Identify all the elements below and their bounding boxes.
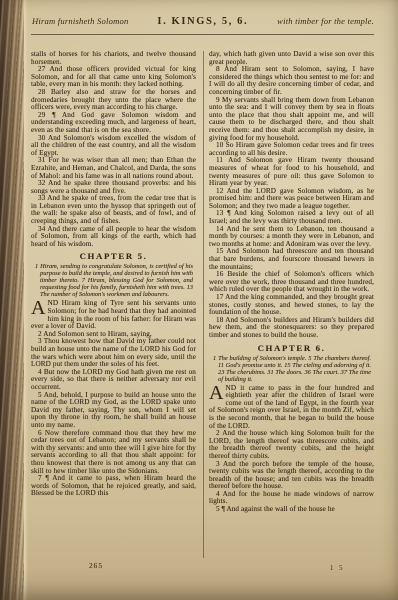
verse-paragraph: 4 But now the LORD my God hath given me … — [31, 369, 196, 392]
chapter-summary: 1 The building of Solomon's temple. 5 Th… — [218, 355, 371, 383]
verse-paragraph: 15 And Solomon had threescore and ten th… — [209, 248, 374, 271]
verse-paragraph: 18 And Solomon's builders and Hiram's bu… — [209, 317, 374, 340]
verse-paragraph: 14 And he sent them to Lebanon, ten thou… — [209, 226, 374, 249]
header-rule — [31, 34, 374, 35]
chapter-summary: 1 Hiram, sending to congratulate Solomon… — [40, 263, 193, 298]
verse-continuation: stalls of horses for his chariots, and t… — [31, 51, 196, 66]
book-chapter-title: I. KINGS, 5, 6. — [157, 16, 248, 27]
verse-paragraph: 31 For he was wiser than all men; than E… — [31, 157, 196, 180]
verse-paragraph-dropcap: AND Hiram king of Tyre sent his servants… — [31, 300, 196, 330]
verse-paragraph: 28 Barley also and straw for the horses … — [31, 89, 196, 112]
verse-paragraph: 30 And Solomon's wisdom excelled the wis… — [31, 135, 196, 158]
page-number: 265 — [74, 561, 118, 570]
verse-paragraph: 5 ¶ And against the wall of the house he — [209, 506, 374, 514]
book-fore-edge — [0, 0, 24, 600]
running-head: Hiram furnisheth Solomon I. KINGS, 5, 6.… — [32, 16, 374, 31]
verse-paragraph: 3 And the porch before the temple of the… — [209, 461, 374, 491]
running-head-left: Hiram furnisheth Solomon — [32, 16, 128, 26]
column-left: stalls of horses for his chariots, and t… — [31, 51, 196, 560]
chapter-heading: CHAPTER 6. — [209, 343, 374, 353]
verse-paragraph: 27 And those officers provided victual f… — [31, 66, 196, 89]
verse-paragraph: 12 And the LORD gave Solomon wisdom, as … — [209, 188, 374, 211]
verse-paragraph: 33 And he spake of trees, from the cedar… — [31, 195, 196, 225]
verse-paragraph-dropcap: AND it came to pass in the four hundred … — [209, 385, 374, 431]
verse-paragraph: 6 Now therefore command thou that they h… — [31, 430, 196, 476]
verse-paragraph: 16 Beside the chief of Solomon's officer… — [209, 271, 374, 294]
verse-paragraph: 9 My servants shall bring them down from… — [209, 97, 374, 143]
verse-paragraph: 8 And Hiram sent to Solomon, saying, I h… — [209, 66, 374, 96]
verse-paragraph: 7 ¶ And it came to pass, when Hiram hear… — [31, 475, 196, 498]
page-edge — [24, 0, 28, 600]
running-head-right: with timber for the temple. — [277, 16, 374, 26]
verse-paragraph: 29 ¶ And God gave Solomon wisdom and und… — [31, 112, 196, 135]
verse-paragraph: 3 Thou knowest how that David my father … — [31, 338, 196, 368]
verse-paragraph: 17 And the king commanded, and they brou… — [209, 294, 374, 317]
verse-paragraph: 4 And for the house he made windows of n… — [209, 491, 374, 506]
verse-paragraph: 34 And there came of all people to hear … — [31, 226, 196, 249]
verse-paragraph: 32 And he spake three thousand proverbs:… — [31, 180, 196, 195]
signature-mark: 1 5 — [330, 565, 345, 572]
verse-continuation: day, which hath given unto David a wise … — [209, 51, 374, 66]
column-divider-rule — [203, 51, 204, 558]
verse-paragraph: 5 And, behold, I purpose to build an hou… — [31, 392, 196, 430]
column-right: day, which hath given unto David a wise … — [209, 51, 374, 560]
verse-paragraph: 13 ¶ And king Solomon raised a levy out … — [209, 210, 374, 225]
bible-page-scan: Hiram furnisheth Solomon I. KINGS, 5, 6.… — [0, 0, 398, 600]
verse-paragraph: 2 And the house which king Solomon built… — [209, 430, 374, 460]
verse-paragraph: 11 And Solomon gave Hiram twenty thousan… — [209, 157, 374, 187]
chapter-heading: CHAPTER 5. — [31, 251, 196, 261]
